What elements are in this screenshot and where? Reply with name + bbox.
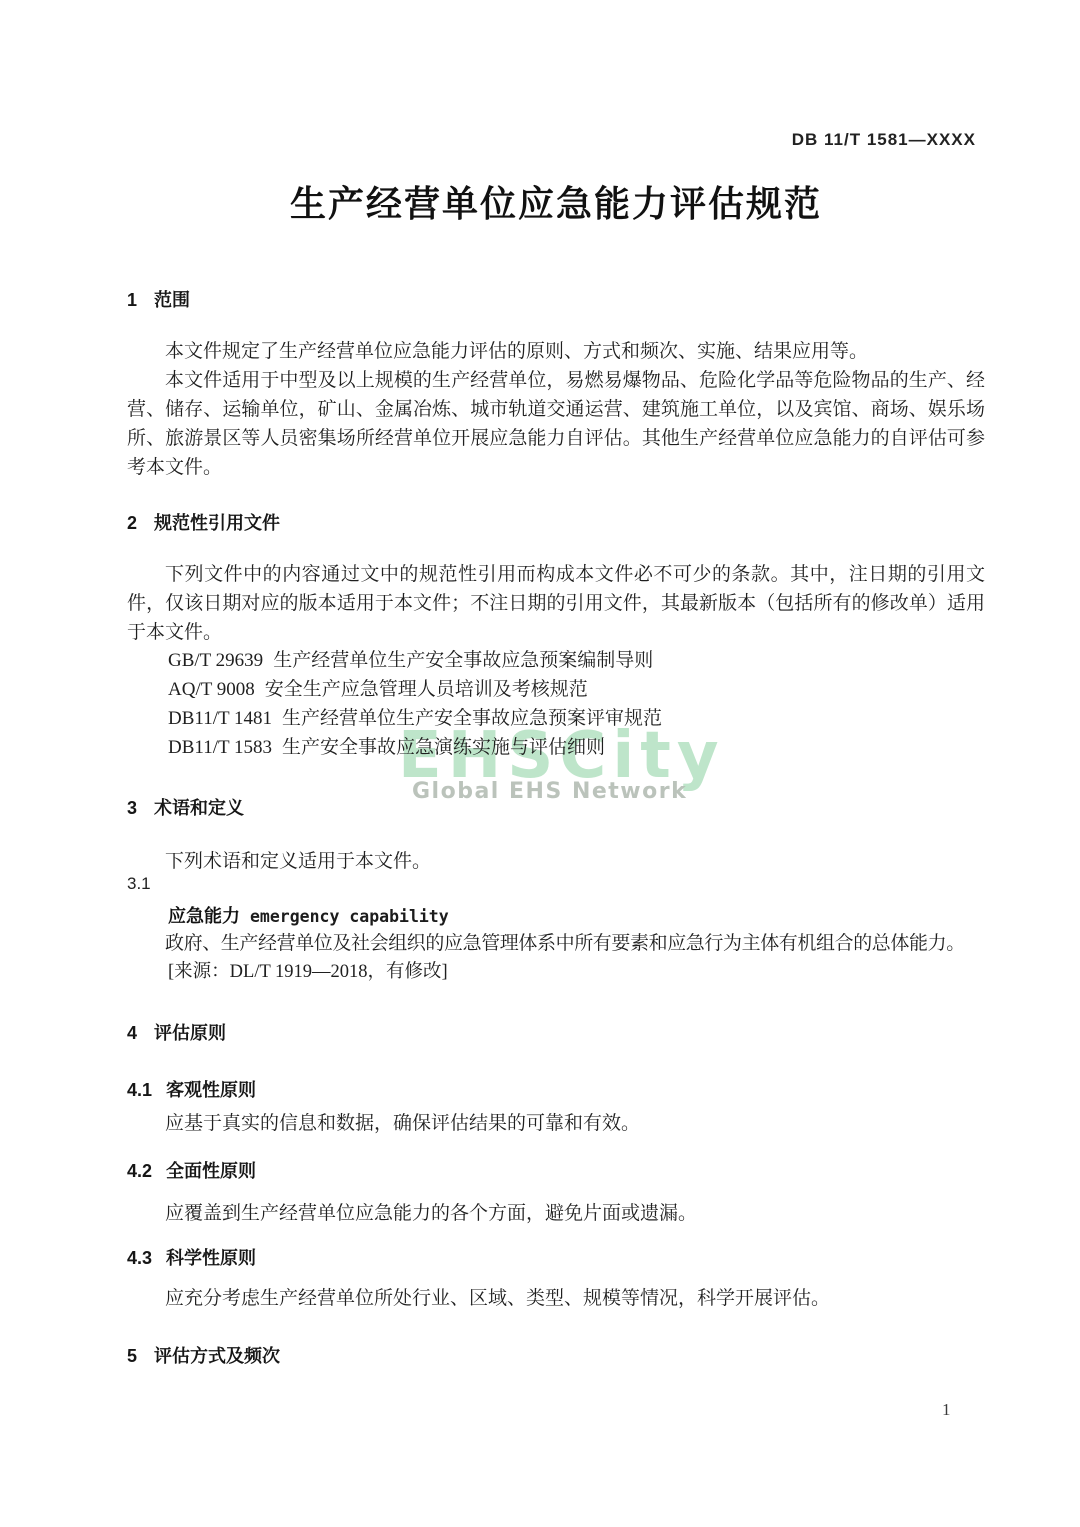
term-english: emergency capability (250, 907, 449, 926)
reference-code: DB11/T 1481 (168, 708, 272, 729)
reference-title: 安全生产应急管理人员培训及考核规范 (265, 679, 588, 700)
scope-paragraph-2: 本文件适用于中型及以上规模的生产经营单位，易燃易爆物品、危险化学品等危险物品的生… (127, 366, 985, 482)
doc-number: DB 11/T 1581—XXXX (792, 130, 976, 150)
section-number: 2 (127, 513, 137, 534)
reference-title: 生产安全事故应急演练实施与评估细则 (282, 737, 605, 758)
reference-title: 生产经营单位生产安全事故应急预案评审规范 (282, 708, 662, 729)
section-4-heading: 4 评估原则 (127, 1019, 226, 1045)
page-number: 1 (942, 1400, 951, 1420)
page-title: 生产经营单位应急能力评估规范 (127, 176, 985, 227)
terms-intro: 下列术语和定义适用于本文件。 (127, 847, 985, 876)
normative-refs-intro: 下列文件中的内容通过文中的规范性引用而构成本文件必不可少的条款。其中，注日期的引… (127, 560, 985, 647)
principle-objectivity-body: 应基于真实的信息和数据，确保评估结果的可靠和有效。 (127, 1109, 985, 1138)
subsection-number: 4.2 (127, 1161, 152, 1182)
reference-title: 生产经营单位生产安全事故应急预案编制导则 (273, 650, 653, 671)
reference-code: DB11/T 1583 (168, 737, 272, 758)
document-page: EHSCity Global EHS Network DB 11/T 1581—… (0, 0, 1080, 1527)
section-title: 评估原则 (154, 1019, 226, 1045)
section-number: 3 (127, 798, 137, 819)
reference-item: AQ/T 9008安全生产应急管理人员培训及考核规范 (168, 675, 988, 704)
term-source: [来源：DL/T 1919—2018，有修改] (168, 957, 448, 983)
normative-reference-list: GB/T 29639生产经营单位生产安全事故应急预案编制导则 AQ/T 9008… (168, 646, 988, 762)
section-4-3-heading: 4.3 科学性原则 (127, 1244, 256, 1270)
section-title: 规范性引用文件 (154, 509, 280, 535)
term-chinese: 应急能力 (168, 906, 240, 926)
section-1-heading: 1 范围 (127, 286, 190, 312)
section-number: 4 (127, 1023, 137, 1044)
subsection-title: 全面性原则 (166, 1157, 256, 1183)
section-4-2-heading: 4.2 全面性原则 (127, 1157, 256, 1183)
section-number: 1 (127, 290, 137, 311)
section-number: 5 (127, 1346, 137, 1367)
principle-comprehensiveness-body: 应覆盖到生产经营单位应急能力的各个方面，避免片面或遗漏。 (127, 1199, 985, 1228)
section-4-1-heading: 4.1 客观性原则 (127, 1076, 256, 1102)
reference-code: AQ/T 9008 (168, 679, 255, 700)
subsection-title: 客观性原则 (166, 1076, 256, 1102)
section-title: 范围 (154, 286, 190, 312)
term-entry: 应急能力emergency capability (168, 902, 449, 928)
watermark-tagline: Global EHS Network (412, 779, 687, 805)
clause-3-1-number: 3.1 (127, 874, 151, 894)
subsection-title: 科学性原则 (166, 1244, 256, 1270)
section-3-heading: 3 术语和定义 (127, 794, 244, 820)
principle-scientific-body: 应充分考虑生产经营单位所处行业、区域、类型、规模等情况，科学开展评估。 (127, 1284, 985, 1313)
reference-item: DB11/T 1583生产安全事故应急演练实施与评估细则 (168, 733, 988, 762)
section-2-heading: 2 规范性引用文件 (127, 509, 280, 535)
scope-paragraph-1: 本文件规定了生产经营单位应急能力评估的原则、方式和频次、实施、结果应用等。 (127, 337, 985, 366)
reference-item: GB/T 29639生产经营单位生产安全事故应急预案编制导则 (168, 646, 988, 675)
reference-code: GB/T 29639 (168, 650, 263, 671)
reference-item: DB11/T 1481生产经营单位生产安全事故应急预案评审规范 (168, 704, 988, 733)
subsection-number: 4.3 (127, 1248, 152, 1269)
section-5-heading: 5 评估方式及频次 (127, 1342, 280, 1368)
section-title: 术语和定义 (154, 794, 244, 820)
term-definition: 政府、生产经营单位及社会组织的应急管理体系中所有要素和应急行为主体有机组合的总体… (127, 929, 985, 958)
subsection-number: 4.1 (127, 1080, 152, 1101)
section-title: 评估方式及频次 (154, 1342, 280, 1368)
